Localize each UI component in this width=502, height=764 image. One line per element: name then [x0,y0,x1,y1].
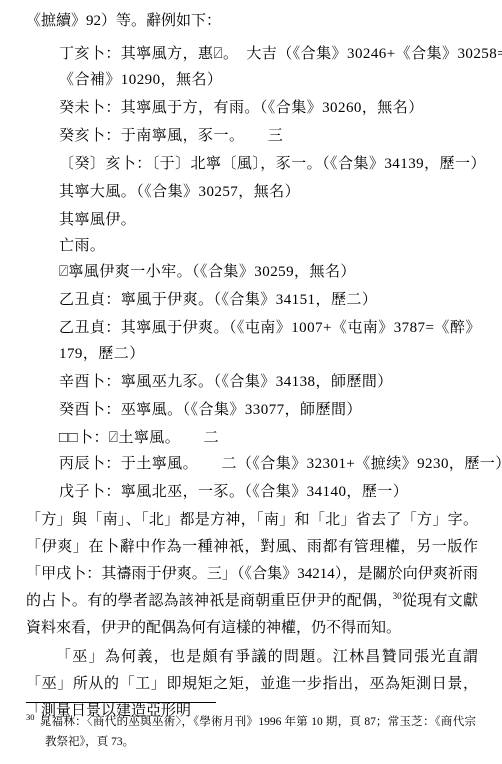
quote-line: 其寧大風。（《合集》30257，無名） [59,179,478,205]
quote-line: 其寧風伊。 [59,207,478,233]
quote-entry: 癸酉卜：巫寧風。（《合集》33077，師歷間） [59,397,478,423]
footnote-separator-rule [26,702,216,703]
quote-entry: 其寧大風。（《合集》30257，無名） [59,179,478,205]
quote-line: 乙丑貞：其寧風于伊爽。（《屯南》1007+《屯南》3787=《醉》 [59,315,478,341]
quote-line: 《合補》10290，無名） [59,67,478,93]
quote-line: 乙丑貞：寧風于伊爽。（《合集》34151，歷二） [59,287,478,313]
quote-entry: 〔癸〕亥卜：〔于〕北寧〔風〕，豕一。（《合集》34139，歷一） [59,151,478,177]
footnote-citation-text: 晁福林：〈商代的巫與巫術〉，《學術月刊》1996 年第 10 期，頁 87；常玉… [40,716,477,748]
quote-entry: 戊子卜：寧風北巫，一豕。（《合集》34140，歷一） [59,479,478,505]
quote-line: 亡雨。 [59,233,478,259]
quote-entry: □□卜：⍁土寧風。 二丙辰卜：于土寧風。 二（《合集》32301+《摭续》923… [59,425,478,477]
quote-entry: 乙丑貞：寧風于伊爽。（《合集》34151，歷二） [59,287,478,313]
quote-line: 癸未卜：其寧風于方，有雨。（《合集》30260，無名） [59,95,478,121]
footnote-marker: 30 [26,712,35,722]
quote-line: 癸酉卜：巫寧風。（《合集》33077，師歷間） [59,397,478,423]
quote-line: 丁亥卜：其寧風方，惠⍁。 大吉（《合集》30246+《合集》30258= [59,41,478,67]
intro-line: 《摭續》92）等。辭例如下： [26,8,478,34]
paragraph-fang-shen: 「方」與「南」、「北」都是方神，「南」和「北」省去了「方」字。「伊爽」在卜辭中作… [26,507,478,642]
quote-line: 丙辰卜：于土寧風。 二（《合集》32301+《摭续》9230，歷一） [59,451,478,477]
footnote-ref-30: 30 [393,591,402,601]
quote-line: 179，歷二） [59,341,478,367]
footnote-area: 30晁福林：〈商代的巫與巫術〉，《學術月刊》1996 年第 10 期，頁 87；… [26,702,476,752]
quote-entry: 癸未卜：其寧風于方，有雨。（《合集》30260，無名） [59,95,478,121]
quote-line: 〔癸〕亥卜：〔于〕北寧〔風〕，豕一。（《合集》34139，歷一） [59,151,478,177]
quote-entry: 乙丑貞：其寧風于伊爽。（《屯南》1007+《屯南》3787=《醉》179，歷二） [59,315,478,367]
quote-entry: 丁亥卜：其寧風方，惠⍁。 大吉（《合集》30246+《合集》30258=《合補》… [59,41,478,93]
quote-line: □□卜：⍁土寧風。 二 [59,425,478,451]
footnote-30: 30晁福林：〈商代的巫與巫術〉，《學術月刊》1996 年第 10 期，頁 87；… [26,712,476,752]
quote-entry: 辛酉卜：寧風巫九豕。（《合集》34138，師歷間） [59,369,478,395]
quote-entry: 其寧風伊。亡雨。⍁寧風伊爽一小牢。（《合集》30259，無名） [59,207,478,285]
oracle-inscription-quote-block: 丁亥卜：其寧風方，惠⍁。 大吉（《合集》30246+《合集》30258=《合補》… [59,41,478,505]
quote-line: 癸亥卜：于南寧風，豕一。 三 [59,123,478,149]
quote-line: ⍁寧風伊爽一小牢。（《合集》30259，無名） [59,259,478,285]
document-page: 《摭續》92）等。辭例如下： 丁亥卜：其寧風方，惠⍁。 大吉（《合集》30246… [0,0,502,764]
quote-entry: 癸亥卜：于南寧風，豕一。 三 [59,123,478,149]
quote-line: 戊子卜：寧風北巫，一豕。（《合集》34140，歷一） [59,479,478,505]
quote-line: 辛酉卜：寧風巫九豕。（《合集》34138，師歷間） [59,369,478,395]
